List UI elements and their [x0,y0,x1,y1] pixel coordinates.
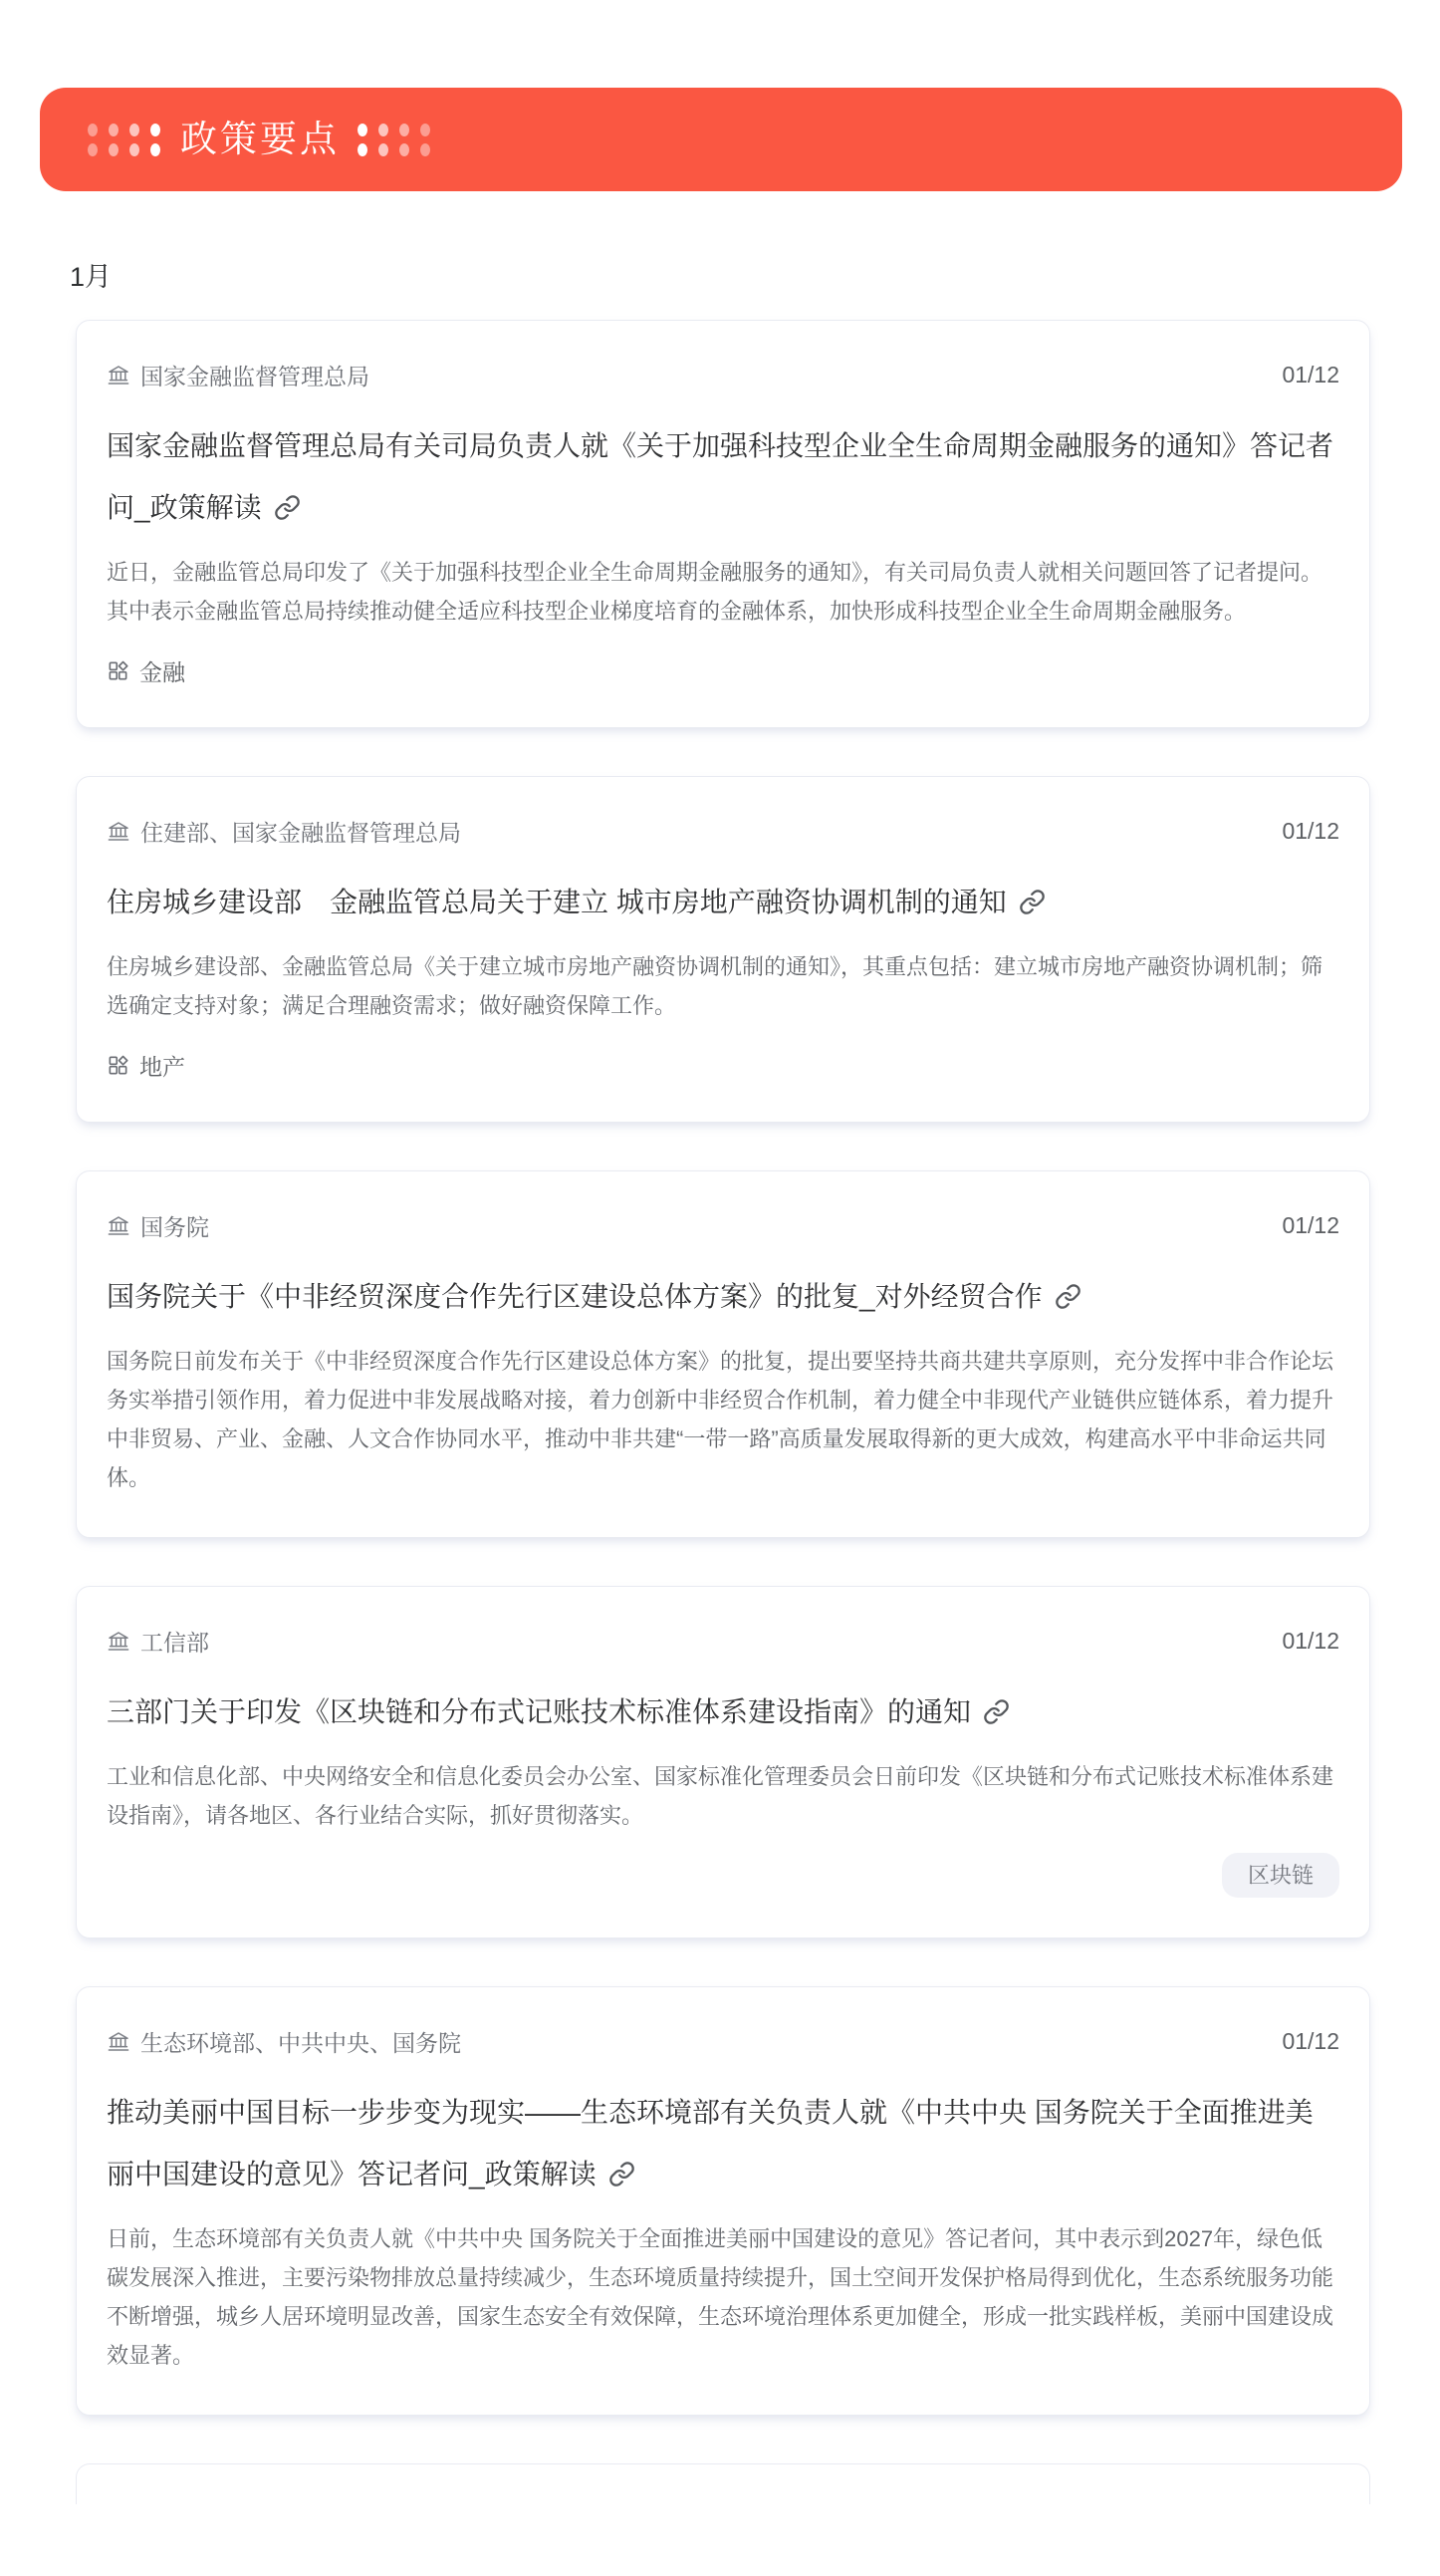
decorative-dots-right-icon [358,124,430,156]
policy-summary: 工业和信息化部、中央网络安全和信息化委员会办公室、国家标准化管理委员会日前印发《… [107,1757,1339,1835]
policy-card: 生态环境部、中共中央、国务院 01/12 推动美丽中国目标一步步变为现实——生态… [76,1986,1370,2416]
tag-row: 区块链 [107,1853,1339,1898]
tag-pill[interactable]: 区块链 [1222,1853,1339,1898]
policy-card-list: 国家金融监督管理总局 01/12 国家金融监督管理总局有关司局负责人就《关于加强… [76,320,1370,2416]
category-label: 金融 [139,654,185,687]
category-label: 地产 [139,1049,185,1082]
publish-date: 01/12 [1282,362,1339,388]
policy-title-text[interactable]: 国务院关于《中非经贸深度合作先行区建设总体方案》的批复_对外经贸合作 [107,1281,1043,1312]
institution: 国家金融监督管理总局 [107,359,369,391]
page-title: 政策要点 [180,88,340,191]
policy-title-text[interactable]: 推动美丽中国目标一步步变为现实——生态环境部有关负责人就《中共中央 国务院关于全… [107,2097,1314,2190]
policy-card: 国家金融监督管理总局 01/12 国家金融监督管理总局有关司局负责人就《关于加强… [76,320,1370,728]
policy-card: 工信部 01/12 三部门关于印发《区块链和分布式记账技术标准体系建设指南》的通… [76,1586,1370,1938]
policy-summary: 住房城乡建设部、金融监管总局《关于建立城市房地产融资协调机制的通知》，其重点包括… [107,947,1339,1025]
institution-name: 国务院 [140,1209,209,1242]
policy-title-link[interactable]: 三部门关于印发《区块链和分布式记账技术标准体系建设指南》的通知 [107,1681,1339,1743]
link-icon[interactable] [983,1698,1010,1725]
institution: 工信部 [107,1625,209,1658]
publish-date: 01/12 [1282,2028,1339,2055]
category-grid-icon [107,1054,129,1077]
bank-building-icon [107,364,130,387]
institution-name: 国家金融监督管理总局 [140,359,369,391]
card-header: 生态环境部、中共中央、国务院 01/12 [107,2025,1339,2058]
policy-summary: 日前，生态环境部有关负责人就《中共中央 国务院关于全面推进美丽中国建设的意见》答… [107,2219,1339,2375]
category-row: 金融 [107,654,1339,687]
institution: 国务院 [107,1209,209,1242]
institution-name: 住建部、国家金融监督管理总局 [140,815,461,848]
policy-title-link[interactable]: 住房城乡建设部 金融监管总局关于建立 城市房地产融资协调机制的通知 [107,872,1339,933]
link-icon[interactable] [274,494,301,521]
category-row: 地产 [107,1049,1339,1082]
card-header: 工信部 01/12 [107,1625,1339,1658]
decorative-dots-left-icon [88,124,160,156]
policy-card: 住建部、国家金融监督管理总局 01/12 住房城乡建设部 金融监管总局关于建立 … [76,776,1370,1123]
card-header: 住建部、国家金融监督管理总局 01/12 [107,815,1339,848]
category-grid-icon [107,659,129,682]
publish-date: 01/12 [1282,1628,1339,1655]
link-icon[interactable] [608,2161,635,2188]
institution: 住建部、国家金融监督管理总局 [107,815,461,848]
card-header: 国家金融监督管理总局 01/12 [107,359,1339,391]
bank-building-icon [107,1214,130,1238]
policy-summary: 国务院日前发布关于《中非经贸深度合作先行区建设总体方案》的批复，提出要坚持共商共… [107,1342,1339,1497]
next-card-partial [76,2463,1370,2504]
policy-title-link[interactable]: 推动美丽中国目标一步步变为现实——生态环境部有关负责人就《中共中央 国务院关于全… [107,2082,1339,2205]
card-header: 国务院 01/12 [107,1209,1339,1242]
publish-date: 01/12 [1282,818,1339,845]
policy-card: 国务院 01/12 国务院关于《中非经贸深度合作先行区建设总体方案》的批复_对外… [76,1170,1370,1538]
link-icon[interactable] [1055,1283,1081,1310]
section-banner: 政策要点 [40,88,1402,191]
bank-building-icon [107,820,130,844]
bank-building-icon [107,2030,130,2054]
policy-summary: 近日，金融监管总局印发了《关于加强科技型企业全生命周期金融服务的通知》，有关司局… [107,553,1339,631]
policy-title-link[interactable]: 国家金融监督管理总局有关司局负责人就《关于加强科技型企业全生命周期金融服务的通知… [107,415,1339,539]
month-label: 1月 [70,255,1440,294]
policy-title-text[interactable]: 住房城乡建设部 金融监管总局关于建立 城市房地产融资协调机制的通知 [107,887,1007,917]
bank-building-icon [107,1630,130,1654]
institution-name: 工信部 [140,1625,209,1658]
link-icon[interactable] [1019,889,1046,915]
policy-title-link[interactable]: 国务院关于《中非经贸深度合作先行区建设总体方案》的批复_对外经贸合作 [107,1266,1339,1328]
institution-name: 生态环境部、中共中央、国务院 [140,2025,461,2058]
institution: 生态环境部、中共中央、国务院 [107,2025,461,2058]
policy-title-text[interactable]: 三部门关于印发《区块链和分布式记账技术标准体系建设指南》的通知 [107,1696,971,1727]
publish-date: 01/12 [1282,1212,1339,1239]
